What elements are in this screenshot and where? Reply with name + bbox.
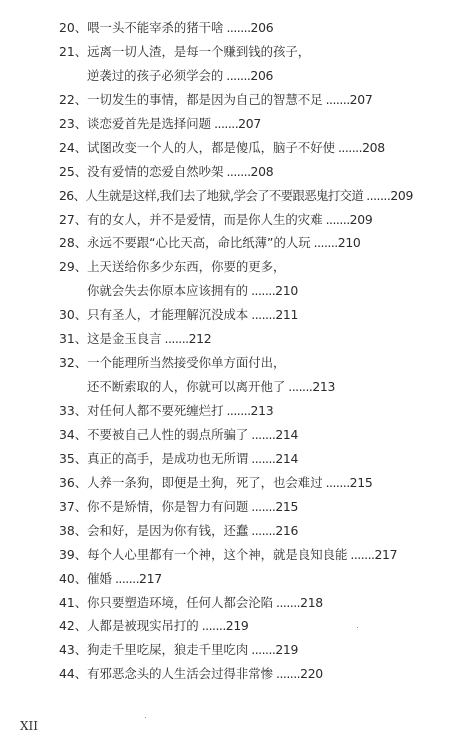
page-number: 220 [300, 666, 323, 681]
toc-entry-22: 22、一切发生的事情，都是因为自己的智慧不足.......207 [59, 88, 459, 112]
entry-title: 有邪恶念头的人生活会过得非常惨 [87, 666, 273, 681]
entry-title: 有的女人，并不是爱情，而是你人生的灾难 [87, 212, 322, 227]
page-number: 207 [350, 92, 373, 107]
entry-title: 狗走千里吃屎，狼走千里吃肉 [87, 642, 248, 657]
page-number: 208 [251, 164, 274, 179]
dot-leader: ....... [226, 20, 250, 35]
entry-title: 人生就是这样,我们去了地狱,学会了不要跟恶鬼打交道 [85, 188, 363, 203]
dot-leader: ....... [251, 307, 275, 322]
toc-entry-20: 20、喂一头不能宰杀的猪干啥.......206 [59, 16, 459, 40]
toc-entry-33: 33、对任何人都不要死缠烂打.......213 [59, 399, 459, 423]
page-number: 210 [338, 235, 361, 250]
toc-entry-26: 26、人生就是这样,我们去了地狱,学会了不要跟恶鬼打交道.......209 [59, 184, 459, 208]
entry-number: 33、 [59, 403, 87, 418]
dot-leader: ....... [226, 164, 250, 179]
page-number: 217 [374, 547, 397, 562]
entry-title: 远离一切人渣，是每一个赚到钱的孩子， [87, 44, 310, 59]
toc-entry-25: 25、没有爱情的恋爱自然吵架.......208 [59, 160, 459, 184]
toc-entry-28: 28、永远不要跟“心比天高，命比纸薄”的人玩.......210 [59, 231, 459, 255]
entry-title: 催婚 [87, 571, 112, 586]
toc-entry-32: 32、一个能理所当然接受你单方面付出， [59, 351, 459, 375]
dot-leader: ....... [314, 235, 338, 250]
page-number: 215 [275, 499, 298, 514]
entry-title: 每个人心里都有一个神，这个神，就是良知良能 [87, 547, 347, 562]
dot-leader: ....... [366, 188, 390, 203]
entry-number: 29、 [59, 259, 87, 274]
entry-number: 23、 [59, 116, 87, 131]
page-number: 216 [275, 523, 298, 538]
entry-title: 真正的高手，是成功也无所谓 [87, 451, 248, 466]
entry-number: 30、 [59, 307, 87, 322]
dot-leader: ....... [214, 116, 238, 131]
dot-leader: ....... [276, 666, 300, 681]
toc-entry-23: 23、谈恋爱首先是选择问题.......207 [59, 112, 459, 136]
entry-number: 22、 [59, 92, 87, 107]
entry-title: 喂一头不能宰杀的猪干啥 [87, 20, 223, 35]
entry-number: 26、 [59, 188, 85, 203]
entry-number: 31、 [59, 331, 87, 346]
toc-entry-41: 41、你只要塑造环境，任何人都会沦陷.......218 [59, 591, 459, 615]
page-number: 208 [362, 140, 385, 155]
page-number: 206 [250, 68, 273, 83]
entry-title: 还不断索取的人，你就可以离开他了 [87, 379, 285, 394]
page-number: 209 [390, 188, 413, 203]
entry-title: 人都是被现实吊打的 [87, 618, 199, 633]
toc-entry-29-continuation: 你就会失去你原本应该拥有的.......210 [59, 279, 459, 303]
entry-number: 41、 [59, 595, 87, 610]
toc-entry-29: 29、上天送给你多少东西，你要的更多， [59, 255, 459, 279]
toc-entry-37: 37、你不是矫情，你是智力有问题.......215 [59, 495, 459, 519]
page-number: 211 [275, 307, 298, 322]
entry-number: 40、 [59, 571, 87, 586]
toc-entry-39: 39、每个人心里都有一个神，这个神，就是良知良能.......217 [59, 543, 459, 567]
page-number: 206 [251, 20, 274, 35]
entry-number: 39、 [59, 547, 87, 562]
toc-entry-38: 38、会和好，是因为你有钱，还蠢.......216 [59, 519, 459, 543]
entry-title: 对任何人都不要死缠烂打 [87, 403, 223, 418]
entry-number: 36、 [59, 475, 87, 490]
entry-number: 27、 [59, 212, 87, 227]
dot-leader: ....... [326, 212, 350, 227]
entry-number: 37、 [59, 499, 87, 514]
entry-title: 你不是矫情，你是智力有问题 [87, 499, 248, 514]
entry-title: 你就会失去你原本应该拥有的 [87, 283, 248, 298]
entry-title: 逆袭过的孩子必须学会的 [87, 68, 223, 83]
entry-title: 一个能理所当然接受你单方面付出， [87, 355, 285, 370]
page-number: 212 [189, 331, 212, 346]
toc-entry-43: 43、狗走千里吃屎，狼走千里吃肉.......219 [59, 638, 459, 662]
entry-number: 42、 [59, 618, 87, 633]
entry-number: 38、 [59, 523, 87, 538]
entry-number: 32、 [59, 355, 87, 370]
entry-title: 试图改变一个人的人，都是傻瓜，脑子不好使 [87, 140, 335, 155]
entry-number: 34、 [59, 427, 87, 442]
page-folio: XII [20, 719, 38, 733]
page-number: 213 [251, 403, 274, 418]
page-number: 207 [238, 116, 261, 131]
page-number: 213 [312, 379, 335, 394]
dot-leader: ....... [326, 92, 350, 107]
page-number: 214 [275, 427, 298, 442]
entry-number: 25、 [59, 164, 87, 179]
page-number: 214 [275, 451, 298, 466]
dot-leader: ....... [226, 403, 250, 418]
page-number: 210 [275, 283, 298, 298]
toc-entry-31: 31、这是金玉良言.......212 [59, 327, 459, 351]
entry-number: 43、 [59, 642, 87, 657]
toc-entry-30: 30、只有圣人，才能理解沉没成本.......211 [59, 303, 459, 327]
entry-title: 上天送给你多少东西，你要的更多， [87, 259, 285, 274]
dot-leader: ....... [251, 523, 275, 538]
entry-title: 谈恋爱首先是选择问题 [87, 116, 211, 131]
dot-leader: ....... [276, 595, 300, 610]
dot-leader: ....... [251, 283, 275, 298]
entry-title: 一切发生的事情，都是因为自己的智慧不足 [87, 92, 322, 107]
dot-leader: ....... [226, 68, 250, 83]
entry-number: 44、 [59, 666, 87, 681]
entry-number: 28、 [59, 235, 87, 250]
dot-leader: ....... [251, 427, 275, 442]
toc-entry-32-continuation: 还不断索取的人，你就可以离开他了.......213 [59, 375, 459, 399]
page-number: 217 [139, 571, 162, 586]
toc-entry-21-continuation: 逆袭过的孩子必须学会的.......206 [59, 64, 459, 88]
entry-title: 会和好，是因为你有钱，还蠢 [87, 523, 248, 538]
dot-leader: ....... [251, 451, 275, 466]
scan-speck [145, 717, 146, 718]
entry-number: 35、 [59, 451, 87, 466]
entry-title: 你只要塑造环境，任何人都会沦陷 [87, 595, 273, 610]
dot-leader: ....... [251, 499, 275, 514]
dot-leader: ....... [165, 331, 189, 346]
page-number: 219 [226, 618, 249, 633]
entry-number: 24、 [59, 140, 87, 155]
dot-leader: ....... [251, 642, 275, 657]
entry-title: 没有爱情的恋爱自然吵架 [87, 164, 223, 179]
entry-number: 21、 [59, 44, 87, 59]
dot-leader: ....... [202, 618, 226, 633]
page-number: 219 [275, 642, 298, 657]
toc-entry-21: 21、远离一切人渣，是每一个赚到钱的孩子， [59, 40, 459, 64]
toc-entry-24: 24、试图改变一个人的人，都是傻瓜，脑子不好使.......208 [59, 136, 459, 160]
entry-title: 只有圣人，才能理解沉没成本 [87, 307, 248, 322]
toc-entry-40: 40、催婚.......217 [59, 567, 459, 591]
dot-leader: ....... [288, 379, 312, 394]
dot-leader: ....... [350, 547, 374, 562]
dot-leader: ....... [115, 571, 139, 586]
toc-entry-42: 42、人都是被现实吊打的.......219 [59, 614, 459, 638]
dot-leader: ....... [338, 140, 362, 155]
page-number: 209 [350, 212, 373, 227]
entry-title: 人养一条狗，即便是土狗，死了，也会难过 [87, 475, 322, 490]
toc-entry-35: 35、真正的高手，是成功也无所谓.......214 [59, 447, 459, 471]
toc-entry-34: 34、不要被自己人性的弱点所骗了.......214 [59, 423, 459, 447]
toc-entry-44: 44、有邪恶念头的人生活会过得非常惨.......220 [59, 662, 459, 686]
page-number: 215 [350, 475, 373, 490]
scan-speck [357, 627, 358, 628]
toc-entry-27: 27、有的女人，并不是爱情，而是你人生的灾难.......209 [59, 208, 459, 232]
toc-entry-36: 36、人养一条狗，即便是土狗，死了，也会难过.......215 [59, 471, 459, 495]
entry-title: 不要被自己人性的弱点所骗了 [87, 427, 248, 442]
entry-number: 20、 [59, 20, 87, 35]
table-of-contents: 20、喂一头不能宰杀的猪干啥.......206 21、远离一切人渣，是每一个赚… [59, 16, 459, 686]
dot-leader: ....... [326, 475, 350, 490]
page-number: 218 [300, 595, 323, 610]
entry-title: 这是金玉良言 [87, 331, 161, 346]
entry-title: 永远不要跟“心比天高，命比纸薄”的人玩 [87, 235, 310, 250]
